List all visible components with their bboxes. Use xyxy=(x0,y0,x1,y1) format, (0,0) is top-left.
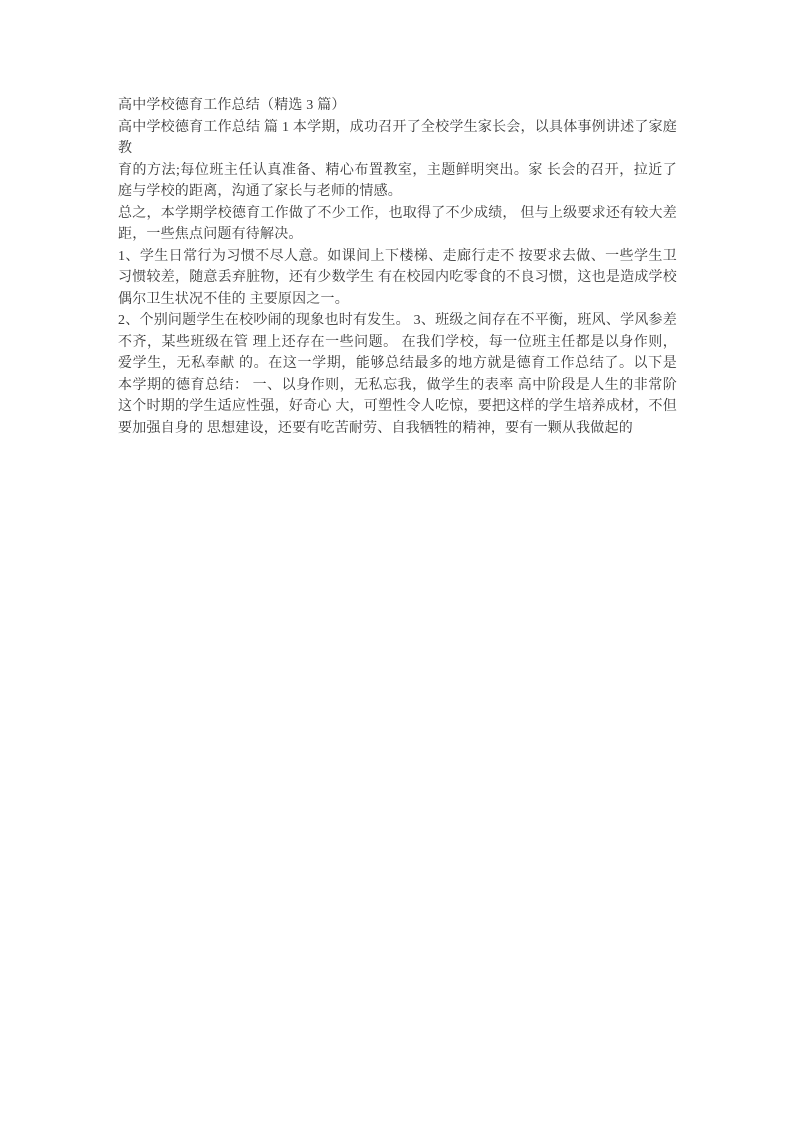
doc-line: 这个时期的学生适应性强，好奇心 大，可塑性令人吃惊，要把这样的学生培养成材，不但 xyxy=(118,396,677,418)
doc-line: 偶尔卫生状况不佳的 主要原因之一。 xyxy=(118,289,677,311)
doc-title: 高中学校德育工作总结（精选 3 篇） xyxy=(118,95,677,117)
document-page: 高中学校德育工作总结（精选 3 篇） 高中学校德育工作总结 篇 1 本学期，成功… xyxy=(0,0,793,1122)
doc-line: 爱学生，无私奉献 的。在这一学期，能够总结最多的地方就是德育工作总结了。以下是 … xyxy=(118,353,677,375)
doc-line: 1、学生日常行为习惯不尽人意。如课间上下楼梯、走廊行走不 按要求去做、一些学生卫… xyxy=(118,246,677,268)
doc-line: 本学期的德育总结： 一、以身作则，无私忘我，做学生的表率 高中阶段是人生的非常阶… xyxy=(118,375,677,397)
doc-line: 要加强自身的 思想建设，还要有吃苦耐劳、自我牺牲的精神，要有一颗从我做起的 xyxy=(118,418,677,440)
doc-line: 育的方法;每位班主任认真准备、精心布置教室，主题鲜明突出。家 长会的召开，拉近了… xyxy=(118,160,677,182)
doc-line: 教 xyxy=(118,138,677,160)
doc-line: 庭与学校的距离，沟通了家长与老师的情感。 xyxy=(118,181,677,203)
doc-line: 不齐，某些班级在管 理上还存在一些问题。 在我们学校，每一位班主任都是以身作则，… xyxy=(118,332,677,354)
doc-line: 2、个别问题学生在校吵闹的现象也时有发生。 3、班级之间存在不平衡，班风、学风参… xyxy=(118,310,677,332)
document-text-block: 高中学校德育工作总结（精选 3 篇） 高中学校德育工作总结 篇 1 本学期，成功… xyxy=(118,95,677,439)
doc-line: 习惯较差，随意丢弃脏物，还有少数学生 有在校园内吃零食的不良习惯，这也是造成学校 xyxy=(118,267,677,289)
doc-line: 距，一些焦点问题有待解决。 xyxy=(118,224,677,246)
doc-line: 总之，本学期学校德育工作做了不少工作，也取得了不少成绩， 但与上级要求还有较大差 xyxy=(118,203,677,225)
doc-line: 高中学校德育工作总结 篇 1 本学期，成功召开了全校学生家长会，以具体事例讲述了… xyxy=(118,117,677,139)
